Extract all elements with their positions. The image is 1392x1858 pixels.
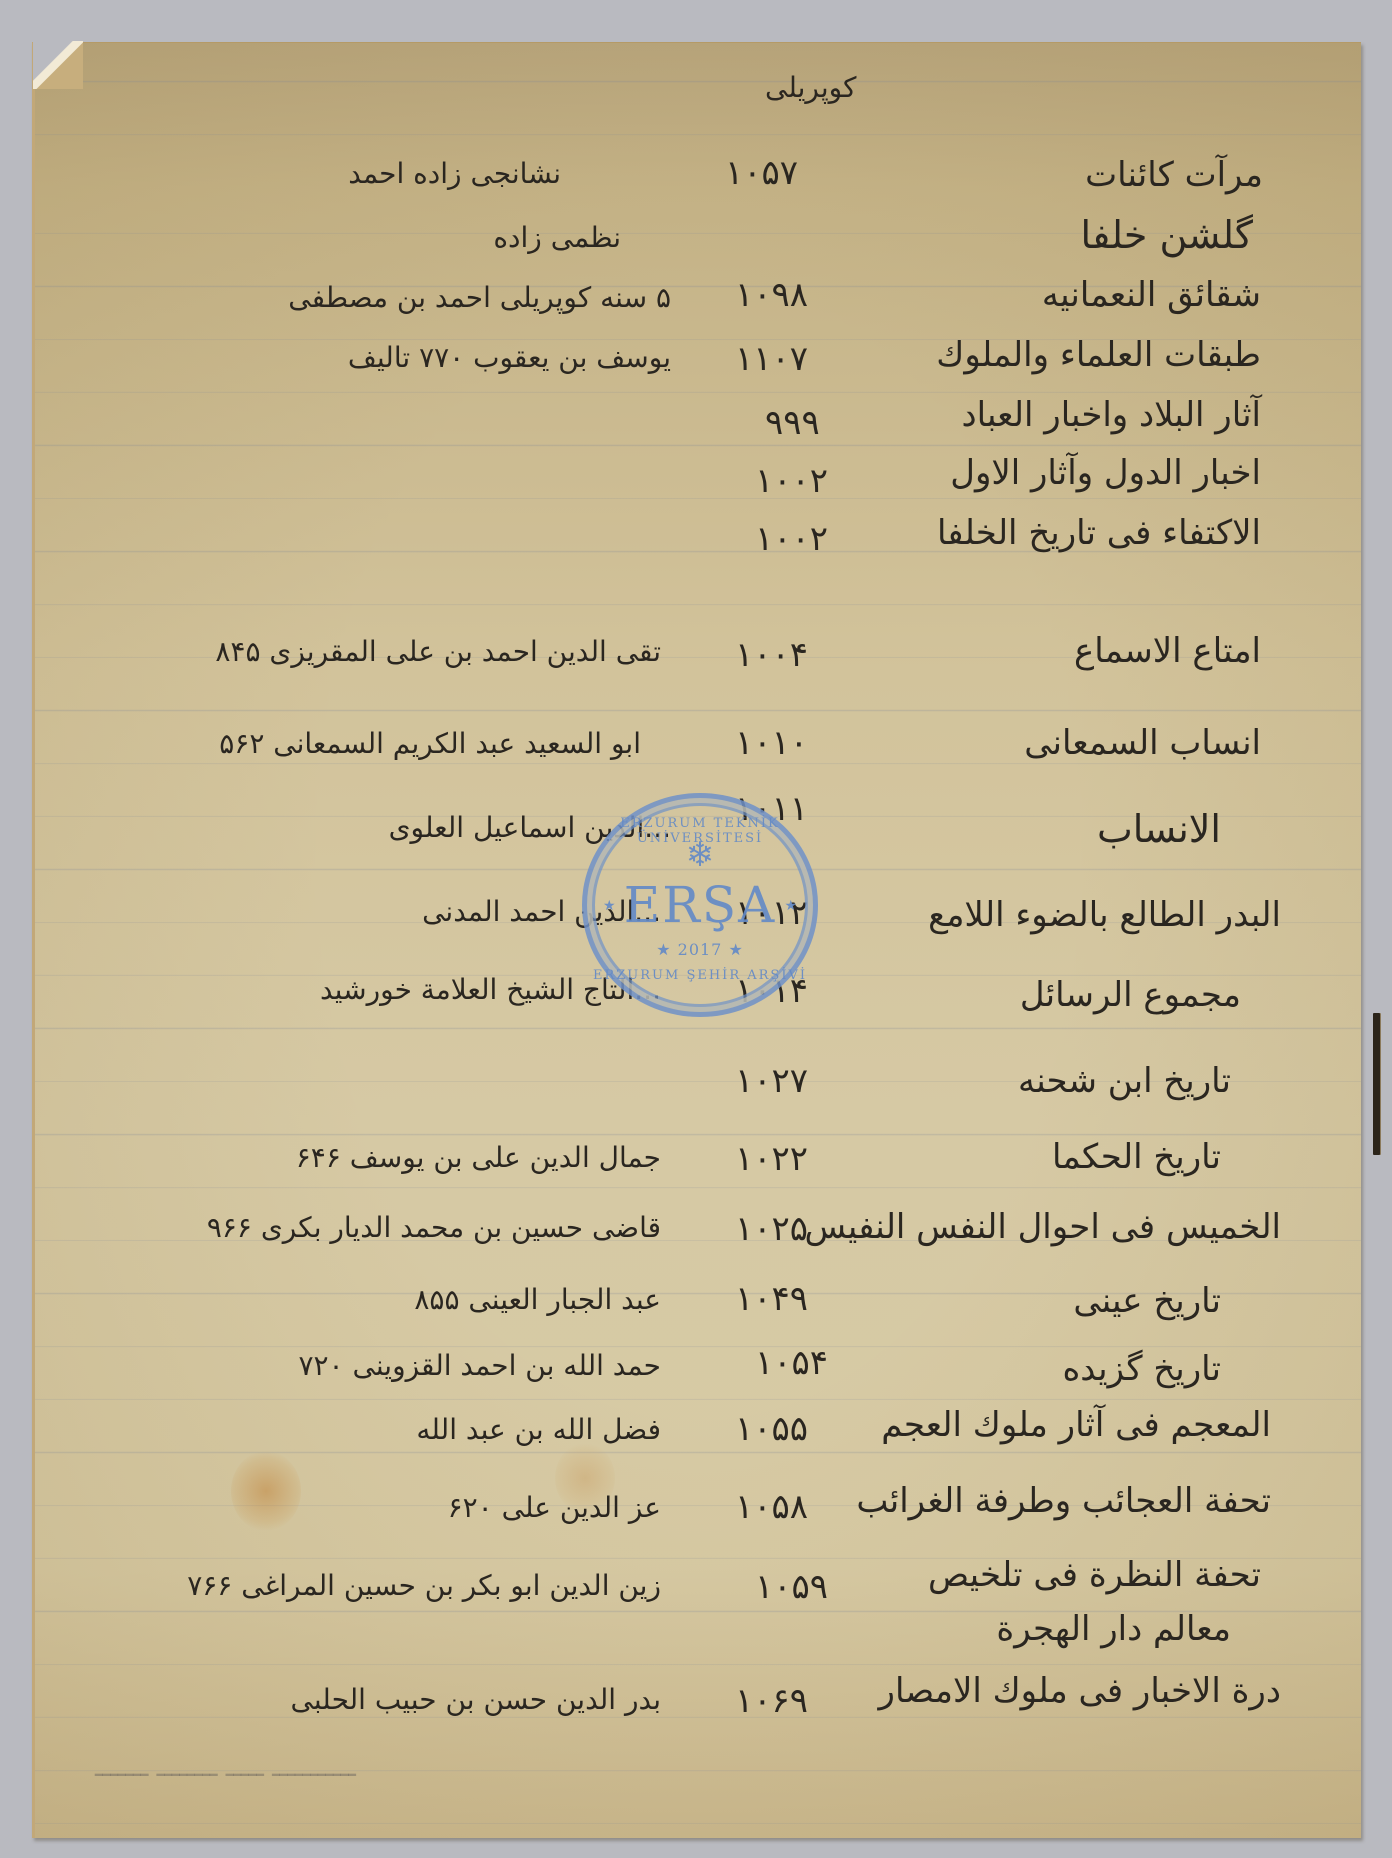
entry-number: ۱۰۹۸ — [735, 275, 808, 315]
entry-author: زین الدین ابو بکر بن حسین المراغی ۷۶۶ — [187, 1569, 661, 1602]
entry-title: تاریخ عینی — [1073, 1281, 1221, 1321]
entry-author: قاضی حسین بن محمد الدیار بکری ۹۶۶ — [207, 1211, 661, 1244]
entry-number: ۱۰۲۷ — [735, 1061, 808, 1101]
binding-clip — [1373, 1013, 1380, 1155]
stamp-year: ★ 2017 ★ — [587, 940, 813, 959]
entry-author: یوسف بن یعقوب ۷۷۰ تالیف — [348, 341, 671, 374]
entry-title: الانساب — [1097, 807, 1221, 851]
entry-author: بدر الدین حسن بن حبیب الحلبی — [291, 1683, 661, 1716]
entry-number: ۱۰۴۹ — [735, 1279, 808, 1319]
entry-title: اخبار الدول وآثار الاول — [950, 453, 1261, 493]
stamp-bottom-text: ERZURUM ŞEHİR ARŞİVİ — [587, 968, 813, 983]
entry-title: تاریخ ابن شحنه — [1018, 1061, 1231, 1101]
entry-number: ۱۰۵۹ — [755, 1567, 828, 1607]
entry-title: مرآت کائنات — [1085, 155, 1263, 195]
entry-title: تاریخ گزیده — [1062, 1349, 1221, 1389]
page-header: کوپریلی — [765, 71, 856, 104]
entry-number: ۱۰۰۲ — [755, 461, 828, 501]
bleed-through-text: ـــــــــــ ـــــ ــــــــ ـــــــ — [95, 1753, 356, 1783]
entry-number: ۱۰۰۲ — [755, 519, 828, 559]
entry-number: ۱۰۰۴ — [735, 635, 808, 675]
entry-number: ۱۰۲۲ — [735, 1139, 808, 1179]
entry-number: ۱۰۱۰ — [735, 723, 808, 763]
entry-author: فضل الله بن عبد الله — [416, 1413, 661, 1446]
entry-number: ۱۰۵۵ — [735, 1409, 808, 1449]
entry-number: ۱۰۵۴ — [755, 1343, 828, 1383]
entry-title: طبقات العلماء والملوك — [936, 335, 1261, 375]
entry-number: ۱۱۰۷ — [735, 339, 808, 379]
entry-title: معالم دار الهجرة — [996, 1609, 1231, 1649]
entry-author: عبد الجبار العینی ۸۵۵ — [414, 1283, 661, 1316]
entry-title: الاکتفاء فی تاریخ الخلفا — [937, 513, 1261, 553]
entry-title: امتاع الاسماع — [1074, 631, 1261, 671]
stamp-year-value: 2017 — [678, 940, 723, 959]
entry-title: تاریخ الحکما — [1052, 1137, 1221, 1177]
entry-title: تحفة العجائب وطرفة الغرائب — [856, 1481, 1271, 1521]
entry-title: البدر الطالع بالضوء اللامع — [928, 895, 1281, 935]
entry-number: ۱۰۶۹ — [735, 1681, 808, 1721]
entry-author: نشانجی زاده احمد — [348, 157, 561, 190]
entry-author: عز الدین علی ۶۲۰ — [448, 1491, 661, 1524]
entry-title: انساب السمعانی — [1024, 723, 1261, 763]
entry-author: جمال الدین علی بن یوسف ۶۴۶ — [296, 1141, 661, 1174]
entry-title: آثار البلاد واخبار العباد — [962, 395, 1262, 435]
entry-author: ابو السعید عبد الکریم السمعانی ۵۶۲ — [219, 727, 641, 760]
entry-title: المعجم فی آثار ملوك العجم — [881, 1405, 1271, 1445]
entry-title: مجموع الرسائل — [1020, 975, 1241, 1015]
entry-author: نظمی زاده — [493, 221, 621, 254]
water-stain — [231, 1451, 301, 1531]
entry-number: ۱۰۲۵ — [735, 1209, 808, 1249]
entry-title: شقائق النعمانیه — [1042, 275, 1261, 315]
stamp-main-text: ERŞA — [587, 880, 813, 930]
entry-number: ۹۹۹ — [765, 403, 820, 443]
entry-title: تحفة النظرة فی تلخیص — [928, 1555, 1261, 1595]
entry-author: حمد الله بن احمد القزوینی ۷۲۰ — [298, 1349, 661, 1382]
entry-author: ۵ سنه کوپریلی احمد بن مصطفی — [288, 281, 671, 314]
entry-number: ۱۰۵۸ — [735, 1487, 808, 1527]
snowflake-emblem-icon: ❄ — [587, 838, 813, 872]
entry-number: ۱۰۵۷ — [725, 153, 798, 193]
entry-title: الخمیس فی احوال النفس النفیس — [805, 1207, 1282, 1247]
entry-author: تقی الدین احمد بن علی المقریزی ۸۴۵ — [215, 635, 661, 668]
archive-stamp: ERZURUM TEKNİK ÜNİVERSİTESİ ❄ ★ ★ ERŞA ★… — [582, 793, 818, 1017]
entry-title: گلشن خلفا — [1081, 213, 1253, 257]
entry-title: درة الاخبار فی ملوك الامصار — [879, 1671, 1281, 1711]
folded-corner — [33, 41, 83, 89]
